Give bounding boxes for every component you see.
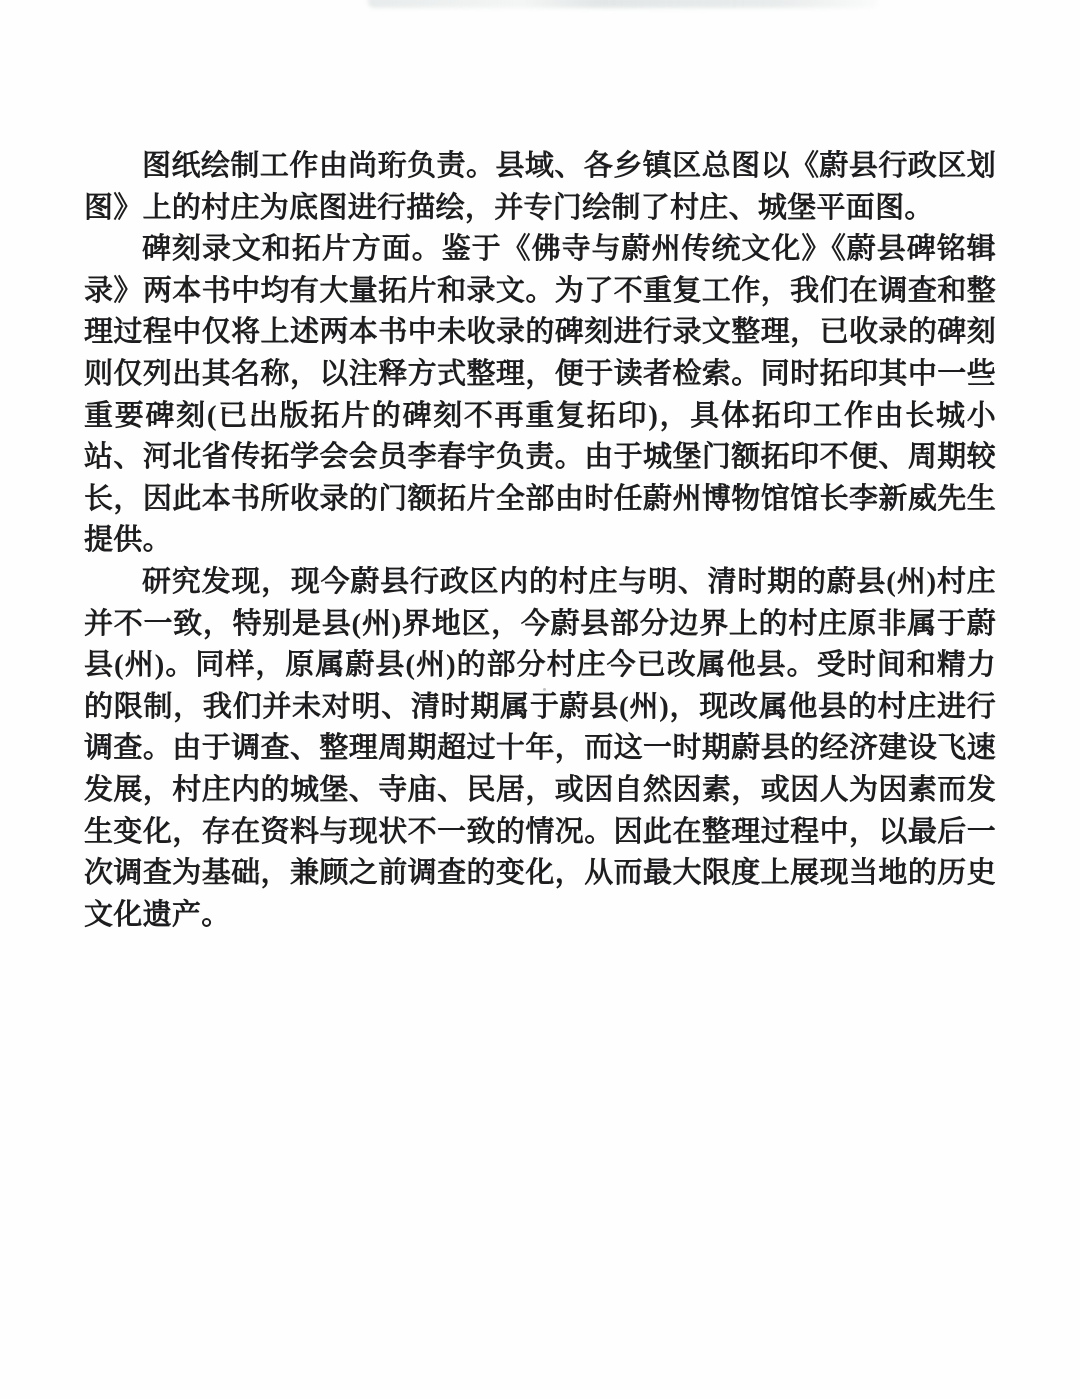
scanned-book-page: 图纸绘制工作由尚珩负责。县域、各乡镇区总图以《蔚县行政区划图》上的村庄为底图进行… xyxy=(0,0,1080,1399)
paragraph-drawing-work: 图纸绘制工作由尚珩负责。县域、各乡镇区总图以《蔚县行政区划图》上的村庄为底图进行… xyxy=(84,146,996,229)
scan-artifact xyxy=(368,0,878,8)
paragraph-research-findings: 研究发现，现今蔚县行政区内的村庄与明、清时期的蔚县(州)村庄并不一致，特别是县(… xyxy=(84,562,996,936)
page-text-block: 图纸绘制工作由尚珩负责。县域、各乡镇区总图以《蔚县行政区划图》上的村庄为底图进行… xyxy=(84,146,996,936)
paragraph-inscriptions-rubbings: 碑刻录文和拓片方面。鉴于《佛寺与蔚州传统文化》《蔚县碑铭辑录》两本书中均有大量拓… xyxy=(84,229,996,562)
